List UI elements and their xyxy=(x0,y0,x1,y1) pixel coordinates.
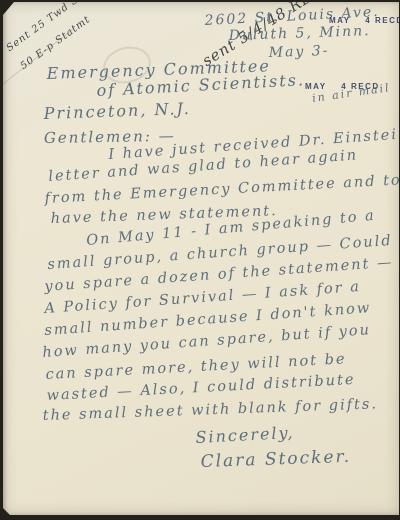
letter-scan: Sent 25 Twd Stmt 50 E-p Statmt sent 5/4/… xyxy=(0,0,400,520)
recipient-line3: Princeton, N.J. xyxy=(43,101,191,122)
valediction: Sincerely, xyxy=(195,425,295,446)
received-stamp-top: MAY 4 RECD xyxy=(329,16,400,25)
signature: Clara Stocker. xyxy=(200,449,351,471)
letter-date: May 3- xyxy=(269,44,330,60)
sender-address-line2: Duluth 5, Minn. xyxy=(229,24,371,43)
letter-paper: Sent 25 Twd Stmt 50 E-p Statmt sent 5/4/… xyxy=(3,2,399,515)
